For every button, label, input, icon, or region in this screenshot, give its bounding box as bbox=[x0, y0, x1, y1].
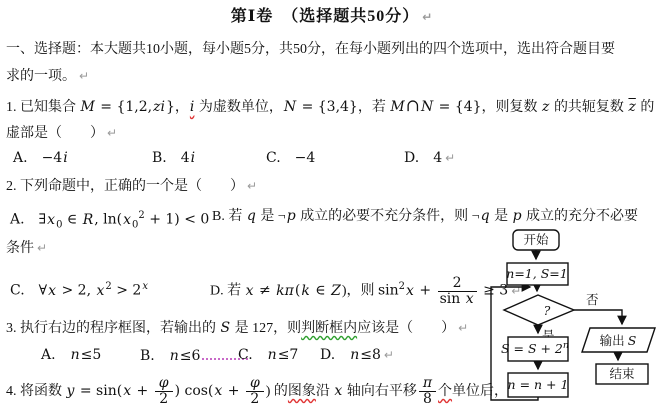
option-value: −4 bbox=[295, 150, 316, 166]
text-segment: 一、选择题：本大题共10小题，每小题5分，共50分，在每小题列出的四个选项中，选… bbox=[6, 42, 615, 57]
math-var: n bbox=[169, 348, 180, 364]
q2-option-d: D. 若 x ≠ kπ(k ∈ Z)，则 sin2x + 2sin x ≥ 3↵ bbox=[210, 267, 521, 312]
option-value: ≤6 bbox=[180, 348, 201, 364]
text-segment-spellcheck-flag: 图象 bbox=[288, 384, 316, 399]
math-var: M bbox=[389, 99, 405, 115]
text-segment: 4. 将函数 bbox=[6, 384, 66, 399]
math-var: kπ bbox=[275, 283, 295, 299]
q2-option-b: B. 若 q 是 ¬p 成立的必要不充分条件，则 ¬q 是 p 成立的充分不必要 bbox=[212, 206, 638, 227]
text-segment: 2. 下列命题中，正确的一个是（ ） bbox=[6, 179, 244, 194]
pilcrow-mark: ↵ bbox=[442, 151, 455, 165]
q2-stem: 2. 下列命题中，正确的一个是（ ）↵ bbox=[6, 176, 257, 197]
math-text: = {4} bbox=[434, 99, 481, 115]
text-segment: 的共轭复数 bbox=[550, 100, 627, 115]
q2-options-ab-row: A. ∃x0 ∈ R, ln(x02 + 1) < 0 B. 若 q 是 ¬p … bbox=[0, 206, 664, 226]
q1-stem-line-1: 1. 已知集合 M = {1,2,zi}，i 为虚数单位，N = {3,4}，若… bbox=[6, 96, 654, 118]
text-segment: 成立的充分不必要 bbox=[523, 209, 639, 224]
option-value: 4 bbox=[433, 150, 442, 166]
fraction: φ2 bbox=[155, 376, 173, 408]
math-text: ≠ bbox=[255, 283, 276, 299]
math-var: p bbox=[286, 208, 297, 224]
text-segment: ，则复数 bbox=[482, 100, 542, 115]
q2-option-c: C. ∀x > 2, x2 > 2x bbox=[10, 267, 149, 312]
math-var: x bbox=[122, 212, 132, 228]
math-text: + 1) < 0 bbox=[145, 212, 210, 228]
option-value: 4 bbox=[181, 150, 190, 166]
math-var: x bbox=[465, 291, 475, 307]
q1-stem-line-2: 虚部是（ ）↵ bbox=[6, 123, 117, 144]
math-text: A. ∃ bbox=[10, 212, 46, 228]
text-segment-spellcheck-flag: 个 bbox=[438, 384, 452, 399]
step2-node-label: n = n + 1 bbox=[508, 377, 569, 392]
pilcrow-mark: ↵ bbox=[455, 321, 468, 335]
exam-document: { "title": { "text": "第Ⅰ卷 （选择题共50分）" }, … bbox=[0, 0, 664, 414]
math-var: R bbox=[82, 212, 95, 228]
fraction-numerator: φ bbox=[246, 376, 264, 392]
end-node-label: 结束 bbox=[609, 366, 635, 381]
text-segment: B. 若 bbox=[212, 209, 246, 224]
option-label: A. bbox=[13, 150, 42, 166]
start-node-label: 开始 bbox=[523, 232, 549, 247]
text-segment: ) 的 bbox=[266, 384, 288, 399]
option-label: B. bbox=[140, 348, 169, 364]
fraction-numerator: 2 bbox=[438, 276, 477, 292]
page-title: 第Ⅰ卷 （选择题共50分）↵ bbox=[0, 7, 664, 27]
math-text: , ln( bbox=[94, 212, 122, 228]
math-text: = {1,2, bbox=[96, 99, 152, 115]
math-superscript: x bbox=[141, 281, 149, 292]
option-label: D. bbox=[320, 347, 349, 363]
program-flowchart: 开始 n=1, S=1 ? 是 否 S = S + 2n n = n + 1 输… bbox=[488, 228, 664, 414]
text-segment: 是 127，则 bbox=[231, 321, 301, 336]
math-var: q bbox=[480, 208, 491, 224]
text-segment: ，若 bbox=[358, 100, 390, 115]
pilcrow-mark: ↵ bbox=[381, 348, 394, 362]
output-cjk: 输出 bbox=[600, 333, 628, 348]
math-var: n bbox=[70, 347, 81, 363]
text-segment: 1. 已知集合 bbox=[6, 100, 80, 115]
math-var: q bbox=[246, 208, 257, 224]
fraction-denominator: 8 bbox=[419, 392, 436, 407]
math-var: x bbox=[46, 212, 56, 228]
math-var: p bbox=[512, 208, 523, 224]
fraction-numerator: φ bbox=[155, 376, 173, 392]
math-var: x bbox=[333, 383, 343, 399]
q1-options-row: A. −4i B. 4i C. −4 D. 4↵ bbox=[0, 148, 664, 168]
math-var: x bbox=[47, 283, 57, 299]
q1-option-a: A. −4i bbox=[13, 148, 69, 169]
pilcrow-mark: ↵ bbox=[104, 126, 117, 140]
math-var: k bbox=[300, 283, 310, 299]
fraction-numerator: π bbox=[419, 376, 436, 392]
math-text: = sin( bbox=[75, 383, 122, 399]
output-var: S bbox=[628, 333, 637, 348]
text-segment: 求的一项。 bbox=[6, 69, 76, 84]
decision-node-label: ? bbox=[544, 303, 551, 318]
math-var: N bbox=[420, 99, 434, 115]
intro-line-2: 求的一项。↵ bbox=[6, 66, 89, 87]
pilcrow-mark: ↵ bbox=[76, 69, 89, 83]
pilcrow-mark: ↵ bbox=[244, 179, 257, 193]
text-segment: 3. 执行右边的程序框图，若输出的 bbox=[6, 321, 220, 336]
text-segment: 轴向右平移 bbox=[343, 384, 417, 399]
fraction: 2sin x bbox=[438, 276, 477, 308]
intro-line-1: 一、选择题：本大题共10小题，每小题5分，共50分，在每小题列出的四个选项中，选… bbox=[6, 40, 615, 60]
decision-node bbox=[504, 295, 574, 325]
math-text: > 2 bbox=[112, 283, 142, 299]
fraction-denominator: sin x bbox=[438, 292, 477, 307]
fraction: φ2 bbox=[246, 376, 264, 408]
math-text: } bbox=[166, 99, 175, 115]
q3-option-d: D. n≤8↵ bbox=[320, 345, 394, 366]
flowchart-canvas: 开始 n=1, S=1 ? 是 否 S = S + 2n n = n + 1 输… bbox=[488, 228, 664, 414]
option-value: ≤5 bbox=[81, 347, 102, 363]
text-segment-grammar-flag: 判断框内 bbox=[301, 321, 357, 336]
math-var: x bbox=[245, 283, 255, 299]
fraction-denominator: 2 bbox=[246, 392, 264, 407]
text-segment: )，则 bbox=[342, 284, 378, 299]
text-segment: 成立的必要不充分条件，则 ¬ bbox=[297, 209, 480, 224]
text-segment: D. 若 bbox=[210, 284, 245, 299]
text-segment: 是 bbox=[491, 209, 512, 224]
no-branch-label: 否 bbox=[586, 293, 599, 307]
text-segment: 是 ¬ bbox=[257, 209, 286, 224]
math-text: + bbox=[223, 383, 244, 399]
math-var: x bbox=[405, 283, 415, 299]
math-var: i bbox=[62, 150, 68, 166]
option-label: C. bbox=[238, 347, 267, 363]
q1-option-b: B. 4i bbox=[152, 148, 196, 169]
math-var: Z bbox=[330, 283, 342, 299]
text-segment: 为虚数单位， bbox=[195, 100, 283, 115]
q3-option-c: C. n≤7 bbox=[238, 345, 298, 366]
q2-option-a: A. ∃x0 ∈ R, ln(x02 + 1) < 0 bbox=[10, 206, 209, 235]
math-text: = {3,4} bbox=[297, 99, 358, 115]
q3-option-a: A. n≤5 bbox=[41, 345, 101, 366]
option-label: A. bbox=[41, 347, 70, 363]
math-text: + bbox=[415, 283, 436, 299]
q3-stem: 3. 执行右边的程序框图，若输出的 S 是 127，则判断框内应该是（ ）↵ bbox=[6, 318, 468, 339]
option-label: B. bbox=[152, 150, 181, 166]
text-segment: 应该是（ ） bbox=[357, 321, 455, 336]
text-segment: 虚部是（ ） bbox=[6, 126, 104, 141]
math-var: y bbox=[66, 383, 76, 399]
math-text: sin bbox=[440, 291, 465, 307]
math-text: + bbox=[132, 383, 153, 399]
step1-node-label: S = S + 2n bbox=[501, 340, 569, 356]
text-segment: 的 bbox=[637, 100, 655, 115]
math-var: i bbox=[190, 150, 196, 166]
q3-option-b: B. n≤6 bbox=[140, 345, 250, 367]
math-var: x bbox=[95, 283, 105, 299]
option-value: ≤7 bbox=[278, 347, 299, 363]
math-var: x bbox=[213, 383, 223, 399]
title-text: 第Ⅰ卷 （选择题共50分） bbox=[231, 8, 420, 25]
math-text: sin bbox=[378, 283, 399, 299]
math-var: M bbox=[80, 99, 96, 115]
math-var: N bbox=[283, 99, 297, 115]
text-segment: ， bbox=[175, 100, 189, 115]
math-var: x bbox=[122, 383, 132, 399]
text-segment: 条件 bbox=[6, 241, 34, 256]
math-text: ∈ bbox=[311, 283, 330, 299]
option-label: C. bbox=[266, 150, 295, 166]
option-value: −4 bbox=[42, 150, 63, 166]
q4-stem: 4. 将函数 y = sin(x + φ2) cos(x + φ2) 的图象沿 … bbox=[6, 371, 521, 411]
math-var: n bbox=[349, 347, 360, 363]
math-text: > 2, bbox=[57, 283, 95, 299]
text-segment: 沿 bbox=[316, 384, 334, 399]
math-text: ) cos( bbox=[175, 383, 214, 399]
step1-base: S = S + 2 bbox=[501, 341, 563, 356]
math-text: C. ∀ bbox=[10, 283, 47, 299]
q1-option-d: D. 4↵ bbox=[404, 148, 455, 169]
pilcrow-mark: ↵ bbox=[419, 10, 433, 24]
q1-option-c: C. −4 bbox=[266, 148, 315, 169]
q2-option-b-wrap: 条件↵ bbox=[6, 238, 47, 259]
fraction-denominator: 2 bbox=[155, 392, 173, 407]
connector-no-branch bbox=[574, 310, 622, 324]
pilcrow-mark: ↵ bbox=[34, 241, 47, 255]
math-var-conjugate: z bbox=[627, 99, 636, 115]
math-var: S bbox=[220, 320, 232, 336]
option-value: ≤8 bbox=[360, 347, 381, 363]
math-var: zi bbox=[152, 99, 166, 115]
intersection-symbol: ∩ bbox=[406, 96, 420, 116]
output-node-label: 输出 S bbox=[600, 333, 637, 348]
math-var: n bbox=[267, 347, 278, 363]
fraction: π8 bbox=[419, 376, 436, 408]
init-node-label: n=1, S=1 bbox=[506, 266, 567, 281]
step1-exponent: n bbox=[563, 340, 569, 351]
math-subscript: 0 bbox=[132, 219, 138, 230]
math-text: ∈ bbox=[62, 212, 81, 228]
option-label: D. bbox=[404, 150, 433, 166]
